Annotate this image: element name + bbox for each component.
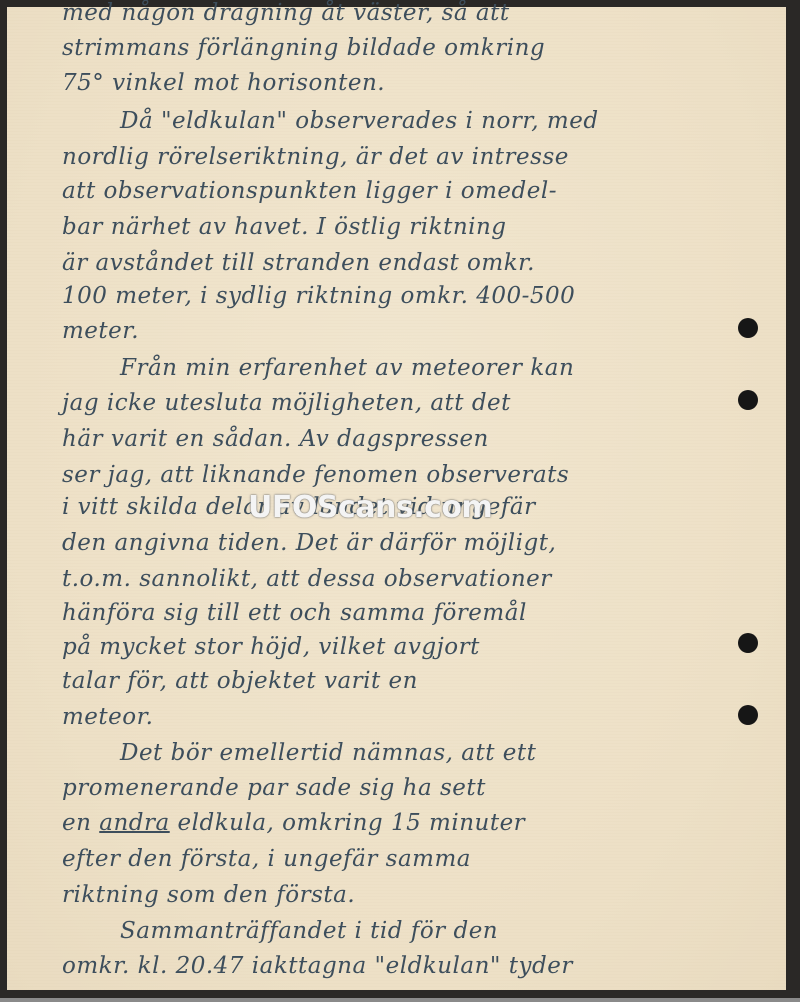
text-line: hänföra sig till ett och samma föremål bbox=[62, 602, 527, 625]
scan-edge bbox=[0, 998, 800, 1002]
text-line: den angivna tiden. Det är därför möjligt… bbox=[62, 532, 556, 555]
text-line: meteor. bbox=[62, 706, 153, 729]
text-line: strimmans förlängning bildade omkring bbox=[62, 37, 545, 60]
text-line: efter den första, i ungefär samma bbox=[62, 848, 471, 871]
punch-hole bbox=[738, 390, 758, 410]
underlined-word: andra bbox=[99, 810, 169, 836]
watermark: UFOScans.com bbox=[248, 490, 492, 525]
text-line: talar för, att objektet varit en bbox=[62, 670, 418, 693]
punch-hole bbox=[738, 633, 758, 653]
text-line: t.o.m. sannolikt, att dessa observatione… bbox=[62, 568, 552, 591]
text-line: meter. bbox=[62, 320, 139, 343]
text-line: med någon dragning åt väster, så att bbox=[62, 2, 510, 25]
punch-hole bbox=[738, 705, 758, 725]
text-line: promenerande par sade sig ha sett bbox=[62, 777, 486, 800]
text-line: bar närhet av havet. I östlig riktning bbox=[62, 216, 507, 239]
text-line: omkr. kl. 20.47 iakttagna "eldkulan" tyd… bbox=[62, 955, 573, 978]
text-line: här varit en sådan. Av dagspressen bbox=[62, 428, 489, 451]
text-line: på mycket stor höjd, vilket avgjort bbox=[62, 636, 480, 659]
text-line: Det bör emellertid nämnas, att ett bbox=[120, 742, 536, 765]
text-line: Sammanträffandet i tid för den bbox=[120, 920, 498, 943]
text-line: Från min erfarenhet av meteorer kan bbox=[120, 357, 574, 380]
text-line: 75° vinkel mot horisonten. bbox=[62, 72, 385, 95]
text-line: en andra eldkula, omkring 15 minuter bbox=[62, 812, 525, 835]
text-line: Då "eldkulan" observerades i norr, med bbox=[120, 110, 599, 133]
punch-hole bbox=[738, 318, 758, 338]
text-line: är avståndet till stranden endast omkr. bbox=[62, 252, 535, 275]
text-line: nordlig rörelseriktning, är det av intre… bbox=[62, 146, 569, 169]
text-line: ser jag, att liknande fenomen observerat… bbox=[62, 464, 569, 487]
text-line: att observationspunkten ligger i omedel- bbox=[62, 180, 557, 203]
text-line: jag icke utesluta möjligheten, att det bbox=[62, 392, 511, 415]
text-line: 100 meter, i sydlig riktning omkr. 400-5… bbox=[62, 285, 575, 308]
text-line: riktning som den första. bbox=[62, 884, 355, 907]
